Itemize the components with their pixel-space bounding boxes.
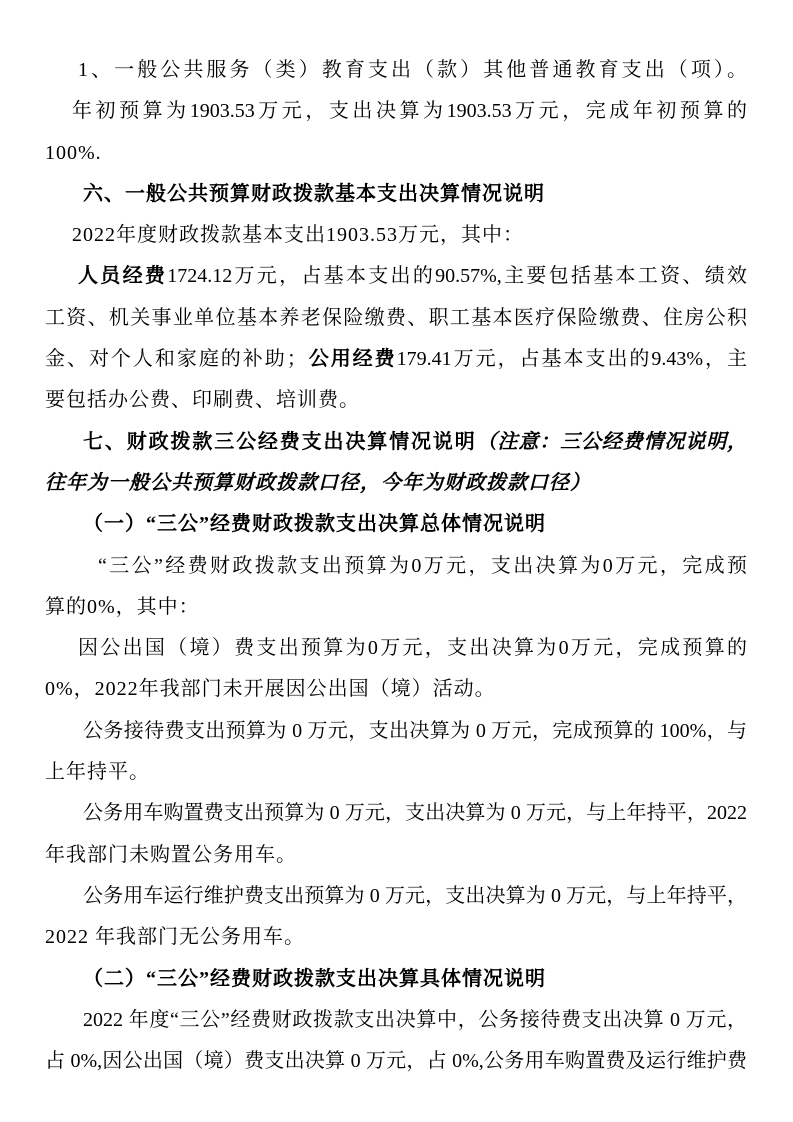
paragraph-basic-expenditure-total: 2022年度财政拨款基本支出1903.53万元，其中： [45, 215, 747, 256]
heading-section-seven: 七、财政拨款三公经费支出决算情况说明（注意：三公经费情况说明， [45, 422, 747, 463]
paragraph-sangong-detail: 2022 年度“三公”经费财政拨款支出决算中，公务接待费支出决算 0 万元， [45, 1000, 747, 1041]
heading-run: （一）“三公”经费财政拨款支出决算总体情况说明 [83, 513, 546, 535]
text-run: 上年持平。 [45, 761, 150, 783]
text-run: 2022年度财政拨款基本支出1903.53万元，其中： [72, 224, 524, 246]
text-run: 2022 年度“三公”经费财政拨款支出决算中，公务接待费支出决算 0 万元， [83, 1009, 747, 1031]
heading-run: 六、一般公共预算财政拨款基本支出决算情况说明 [83, 183, 545, 205]
text-run: 1724.12万元，占基本支出的90.57%,主要包括基本工资、绩效 [167, 265, 747, 287]
paragraph-personnel-funds-cont: 工资、机关事业单位基本养老保险缴费、职工基本医疗保险缴费、住房公积 [45, 298, 747, 339]
paragraph-note-continuation: 往年为一般公共预算财政拨款口径，今年为财政拨款口径） [45, 463, 747, 504]
paragraph-abroad-expense: 因公出国（境）费支出预算为0万元，支出决算为0万元，完成预算的 [45, 628, 747, 669]
paragraph-public-funds-end: 要包括办公费、印刷费、培训费。 [45, 380, 747, 421]
text-run: 工资、机关事业单位基本养老保险缴费、职工基本医疗保险缴费、住房公积 [45, 307, 747, 329]
text-run: 2022 年我部门无公务用车。 [45, 926, 305, 948]
text-run: 1、一般公共服务（类）教育支出（款）其他普通教育支出（项）。 [78, 59, 747, 81]
paragraph-reception-expense-end: 上年持平。 [45, 752, 747, 793]
paragraph-initial-budget-end: 100%. [45, 133, 747, 174]
paragraph-vehicle-maintenance: 公务用车运行维护费支出预算为 0 万元，支出决算为 0 万元，与上年持平， [45, 876, 747, 917]
heading-section-six: 六、一般公共预算财政拨款基本支出决算情况说明 [45, 174, 747, 215]
text-run: 公务用车运行维护费支出预算为 0 万元，支出决算为 0 万元，与上年持平， [83, 885, 747, 907]
bold-run: 公用经费 [307, 348, 397, 370]
paragraph-vehicle-maintenance-end: 2022 年我部门无公务用车。 [45, 917, 747, 958]
heading-run: 七、财政拨款三公经费支出决算情况说明 [83, 431, 477, 453]
paragraph-personnel-funds: 人员经费1724.12万元，占基本支出的90.57%,主要包括基本工资、绩效 [45, 256, 747, 297]
paragraph-initial-budget: 年初预算为1903.53万元，支出决算为1903.53万元，完成年初预算的 [45, 91, 747, 132]
paragraph-sangong-overall-end: 算的0%，其中： [45, 587, 747, 628]
text-run: 要包括办公费、印刷费、培训费。 [45, 389, 360, 411]
paragraph-vehicle-purchase-end: 年我部门未购置公务用车。 [45, 835, 747, 876]
bold-run: 人员经费 [78, 265, 167, 287]
text-run: 179.41万元，占基本支出的9.43%，主 [397, 348, 747, 370]
text-run: 年初预算为1903.53万元，支出决算为1903.53万元，完成年初预算的 [72, 100, 747, 122]
heading-subsection-two: （二）“三公”经费财政拨款支出决算具体情况说明 [45, 959, 747, 1000]
paragraph-sangong-detail-cont: 占 0%,因公出国（境）费支出决算 0 万元，占 0%,公务用车购置费及运行维护… [45, 1041, 747, 1082]
text-run: 金、对个人和家庭的补助； [45, 348, 307, 370]
paragraph-sangong-overall: “三公”经费财政拨款支出预算为0万元，支出决算为0万元，完成预 [45, 546, 747, 587]
heading-subsection-one: （一）“三公”经费财政拨款支出决算总体情况说明 [45, 504, 747, 545]
bold-italic-note-run: （注意：三公经费情况说明， [477, 431, 747, 453]
paragraph-reception-expense: 公务接待费支出预算为 0 万元，支出决算为 0 万元，完成预算的 100%，与 [45, 711, 747, 752]
bold-italic-note-run: 往年为一般公共预算财政拨款口径，今年为财政拨款口径） [45, 472, 591, 494]
paragraph-vehicle-purchase: 公务用车购置费支出预算为 0 万元，支出决算为 0 万元，与上年持平，2022 [45, 793, 747, 834]
paragraph-budget-item-1: 1、一般公共服务（类）教育支出（款）其他普通教育支出（项）。 [45, 50, 747, 91]
text-run: 因公出国（境）费支出预算为0万元，支出决算为0万元，完成预算的 [78, 637, 747, 659]
text-run: 算的0%，其中： [45, 596, 200, 618]
text-run: 100%. [45, 142, 102, 164]
paragraph-abroad-expense-end: 0%，2022年我部门未开展因公出国（境）活动。 [45, 669, 747, 710]
text-run: “三公”经费财政拨款支出预算为0万元，支出决算为0万元，完成预 [98, 555, 747, 577]
document-page: 1、一般公共服务（类）教育支出（款）其他普通教育支出（项）。 年初预算为1903… [0, 0, 793, 1122]
heading-run: （二）“三公”经费财政拨款支出决算具体情况说明 [83, 968, 546, 990]
text-run: 年我部门未购置公务用车。 [45, 844, 297, 866]
text-run: 0%，2022年我部门未开展因公出国（境）活动。 [45, 678, 496, 700]
text-run: 占 0%,因公出国（境）费支出决算 0 万元，占 0%,公务用车购置费及运行维护… [45, 1050, 747, 1072]
text-run: 公务接待费支出预算为 0 万元，支出决算为 0 万元，完成预算的 100%，与 [83, 720, 747, 742]
text-run: 公务用车购置费支出预算为 0 万元，支出决算为 0 万元，与上年持平，2022 [83, 802, 747, 824]
paragraph-public-funds: 金、对个人和家庭的补助；公用经费179.41万元，占基本支出的9.43%，主 [45, 339, 747, 380]
